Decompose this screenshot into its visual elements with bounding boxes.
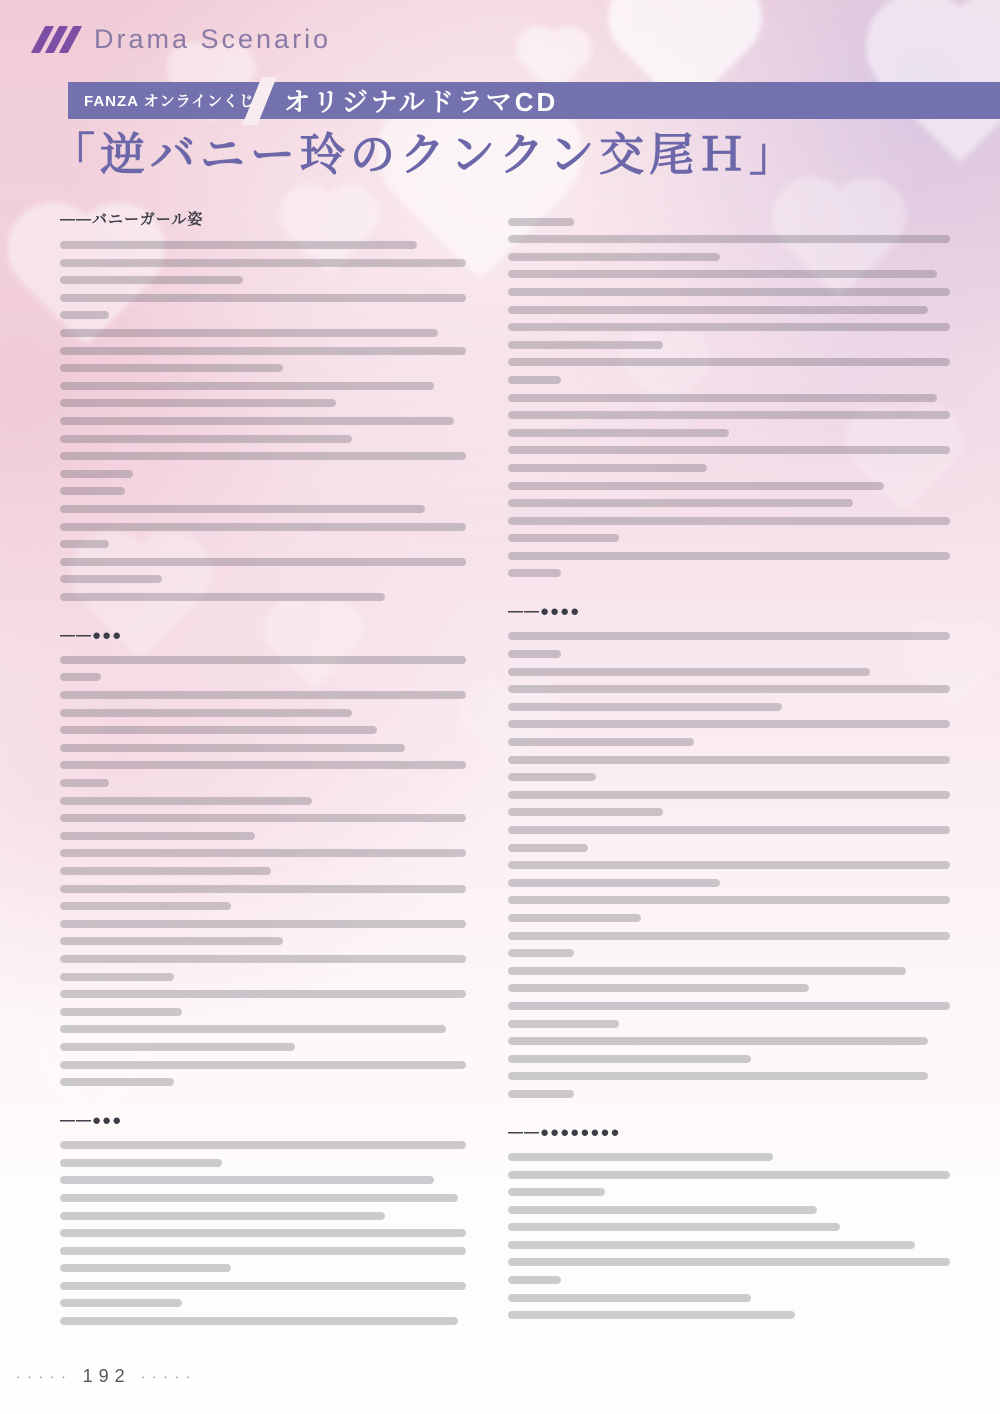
redacted-dialogue-line <box>60 832 255 840</box>
redacted-dialogue-line <box>60 558 466 566</box>
redacted-dialogue-line <box>508 1188 605 1196</box>
redacted-dialogue-line <box>60 575 162 583</box>
redacted-dialogue-line <box>508 756 950 764</box>
redacted-dialogue-line <box>60 540 109 548</box>
redacted-dialogue-line <box>60 973 174 981</box>
redacted-dialogue-line <box>508 932 950 940</box>
script-section: ――●●●● <box>508 603 950 1097</box>
redacted-dialogue-line <box>508 1072 928 1080</box>
redacted-dialogue-line <box>508 1276 561 1284</box>
redacted-dialogue-line <box>60 920 466 928</box>
redacted-dialogue-line <box>508 1171 950 1179</box>
redacted-dialogue-line <box>60 902 231 910</box>
logo-label: Drama Scenario <box>94 24 331 55</box>
page-number-value: 192 <box>83 1366 131 1387</box>
redacted-dialogue-line <box>60 470 133 478</box>
redacted-dialogue-line <box>508 949 574 957</box>
redacted-dialogue-line <box>508 896 950 904</box>
redacted-dialogue-line <box>508 632 950 640</box>
redacted-dialogue-line <box>60 1159 222 1167</box>
redacted-dialogue-line <box>508 1258 950 1266</box>
redacted-dialogue-line <box>508 323 950 331</box>
redacted-dialogue-line <box>508 650 561 658</box>
redacted-dialogue-line <box>60 814 466 822</box>
redacted-dialogue-line <box>60 709 352 717</box>
redacted-dialogue-line <box>508 844 588 852</box>
redacted-dialogue-line <box>508 394 937 402</box>
redacted-dialogue-line <box>60 593 385 601</box>
redacted-dialogue-line <box>60 1043 295 1051</box>
redacted-dialogue-line <box>508 967 906 975</box>
redacted-dialogue-line <box>60 1247 466 1255</box>
redacted-dialogue-line <box>60 523 466 531</box>
redacted-dialogue-line <box>508 1206 817 1214</box>
redacted-dialogue-line <box>508 517 950 525</box>
redacted-dialogue-line <box>508 1223 840 1231</box>
redacted-dialogue-line <box>60 1078 174 1086</box>
redacted-dialogue-line <box>60 955 466 963</box>
script-section: ――●●● <box>60 1112 466 1325</box>
section-header: ――●●●● <box>508 603 950 620</box>
redacted-dialogue-line <box>60 1025 446 1033</box>
redacted-dialogue-line <box>508 270 937 278</box>
redacted-dialogue-line <box>60 487 125 495</box>
redacted-dialogue-line <box>60 1229 466 1237</box>
page-title: 「逆バニー玲のクンクン交尾Ｈ」 <box>50 118 799 183</box>
redacted-dialogue-line <box>60 241 417 249</box>
redacted-dialogue-line <box>508 499 853 507</box>
redacted-dialogue-line <box>60 849 466 857</box>
script-column-right: ――●●●●――●●●●●●●● <box>508 208 950 1329</box>
redacted-dialogue-line <box>60 797 312 805</box>
redacted-dialogue-line <box>508 826 950 834</box>
redacted-dialogue-line <box>60 1317 458 1325</box>
redacted-dialogue-line <box>508 1241 915 1249</box>
leader-dots: ····· <box>141 1369 198 1384</box>
redacted-dialogue-line <box>508 429 729 437</box>
redacted-dialogue-line <box>508 1311 795 1319</box>
redacted-dialogue-line <box>60 435 352 443</box>
redacted-dialogue-line <box>60 1008 182 1016</box>
redacted-dialogue-line <box>60 311 109 319</box>
section-header: ――バニーガール姿 <box>60 208 466 229</box>
redacted-dialogue-line <box>60 347 466 355</box>
redacted-dialogue-line <box>60 276 243 284</box>
header-banner: FANZA オンラインくじ オリジナルドラマCD <box>68 82 1000 119</box>
redacted-dialogue-line <box>60 382 434 390</box>
redacted-dialogue-line <box>508 569 561 577</box>
redacted-dialogue-line <box>60 417 454 425</box>
redacted-dialogue-line <box>60 329 438 337</box>
redacted-dialogue-line <box>508 791 950 799</box>
redacted-dialogue-line <box>508 446 950 454</box>
product-type-label: オリジナルドラマCD <box>284 82 558 119</box>
section-header: ――●●● <box>60 1112 466 1129</box>
redacted-dialogue-line <box>508 534 619 542</box>
redacted-dialogue-line <box>508 738 694 746</box>
script-section: ――●●●●●●●● <box>508 1124 950 1319</box>
redacted-dialogue-line <box>508 1090 574 1098</box>
redacted-dialogue-line <box>60 761 466 769</box>
redacted-dialogue-line <box>508 879 720 887</box>
script-column-left: ――バニーガール姿――●●●――●●● <box>60 208 466 1335</box>
redacted-dialogue-line <box>508 1037 928 1045</box>
redacted-dialogue-line <box>60 1264 231 1272</box>
fanza-lottery-label: FANZA オンラインくじ <box>84 82 255 119</box>
script-section: ――バニーガール姿 <box>60 208 466 601</box>
book-page: Drama Scenario FANZA オンラインくじ オリジナルドラマCD … <box>0 0 1000 1414</box>
page-number: ····· 192 ····· <box>16 1366 197 1387</box>
redacted-dialogue-line <box>60 1299 182 1307</box>
redacted-dialogue-line <box>508 235 950 243</box>
redacted-dialogue-line <box>60 452 466 460</box>
redacted-dialogue-line <box>508 773 596 781</box>
redacted-dialogue-line <box>508 358 950 366</box>
redacted-dialogue-line <box>508 720 950 728</box>
redacted-dialogue-line <box>60 259 466 267</box>
redacted-dialogue-line <box>508 685 950 693</box>
drama-scenario-logo: Drama Scenario <box>38 24 331 55</box>
redacted-dialogue-line <box>60 1282 466 1290</box>
redacted-dialogue-line <box>60 399 336 407</box>
redacted-dialogue-line <box>508 808 663 816</box>
redacted-dialogue-line <box>508 411 950 419</box>
redacted-dialogue-line <box>508 464 707 472</box>
redacted-dialogue-line <box>60 1061 466 1069</box>
script-section <box>508 218 950 578</box>
redacted-dialogue-line <box>60 867 271 875</box>
redacted-dialogue-line <box>60 779 109 787</box>
redacted-dialogue-line <box>60 673 101 681</box>
triple-slash-icon <box>38 26 80 53</box>
leader-dots: ····· <box>16 1369 73 1384</box>
redacted-dialogue-line <box>508 482 884 490</box>
redacted-dialogue-line <box>60 885 466 893</box>
redacted-dialogue-line <box>508 1002 950 1010</box>
redacted-dialogue-line <box>508 703 782 711</box>
redacted-dialogue-line <box>508 914 641 922</box>
redacted-dialogue-line <box>508 984 809 992</box>
redacted-dialogue-line <box>60 294 466 302</box>
redacted-dialogue-line <box>508 341 663 349</box>
redacted-dialogue-line <box>508 376 561 384</box>
redacted-dialogue-line <box>60 364 283 372</box>
redacted-dialogue-line <box>508 218 574 226</box>
redacted-dialogue-line <box>508 552 950 560</box>
redacted-dialogue-line <box>60 726 377 734</box>
redacted-dialogue-line <box>508 1294 751 1302</box>
section-header: ――●●● <box>60 627 466 644</box>
redacted-dialogue-line <box>508 1153 773 1161</box>
redacted-dialogue-line <box>60 505 425 513</box>
redacted-dialogue-line <box>60 744 405 752</box>
redacted-dialogue-line <box>60 990 466 998</box>
redacted-dialogue-line <box>508 1020 619 1028</box>
redacted-dialogue-line <box>508 288 950 296</box>
redacted-dialogue-line <box>508 668 870 676</box>
section-header: ――●●●●●●●● <box>508 1124 950 1141</box>
redacted-dialogue-line <box>508 861 950 869</box>
redacted-dialogue-line <box>60 1176 434 1184</box>
script-section: ――●●● <box>60 627 466 1086</box>
redacted-dialogue-line <box>508 306 928 314</box>
script-body: ――バニーガール姿――●●●――●●● ――●●●●――●●●●●●●● <box>60 208 950 1348</box>
redacted-dialogue-line <box>60 656 466 664</box>
redacted-dialogue-line <box>60 1212 385 1220</box>
redacted-dialogue-line <box>508 253 720 261</box>
redacted-dialogue-line <box>60 1194 458 1202</box>
redacted-dialogue-line <box>60 1141 466 1149</box>
redacted-dialogue-line <box>60 937 283 945</box>
redacted-dialogue-line <box>60 691 466 699</box>
redacted-dialogue-line <box>508 1055 751 1063</box>
